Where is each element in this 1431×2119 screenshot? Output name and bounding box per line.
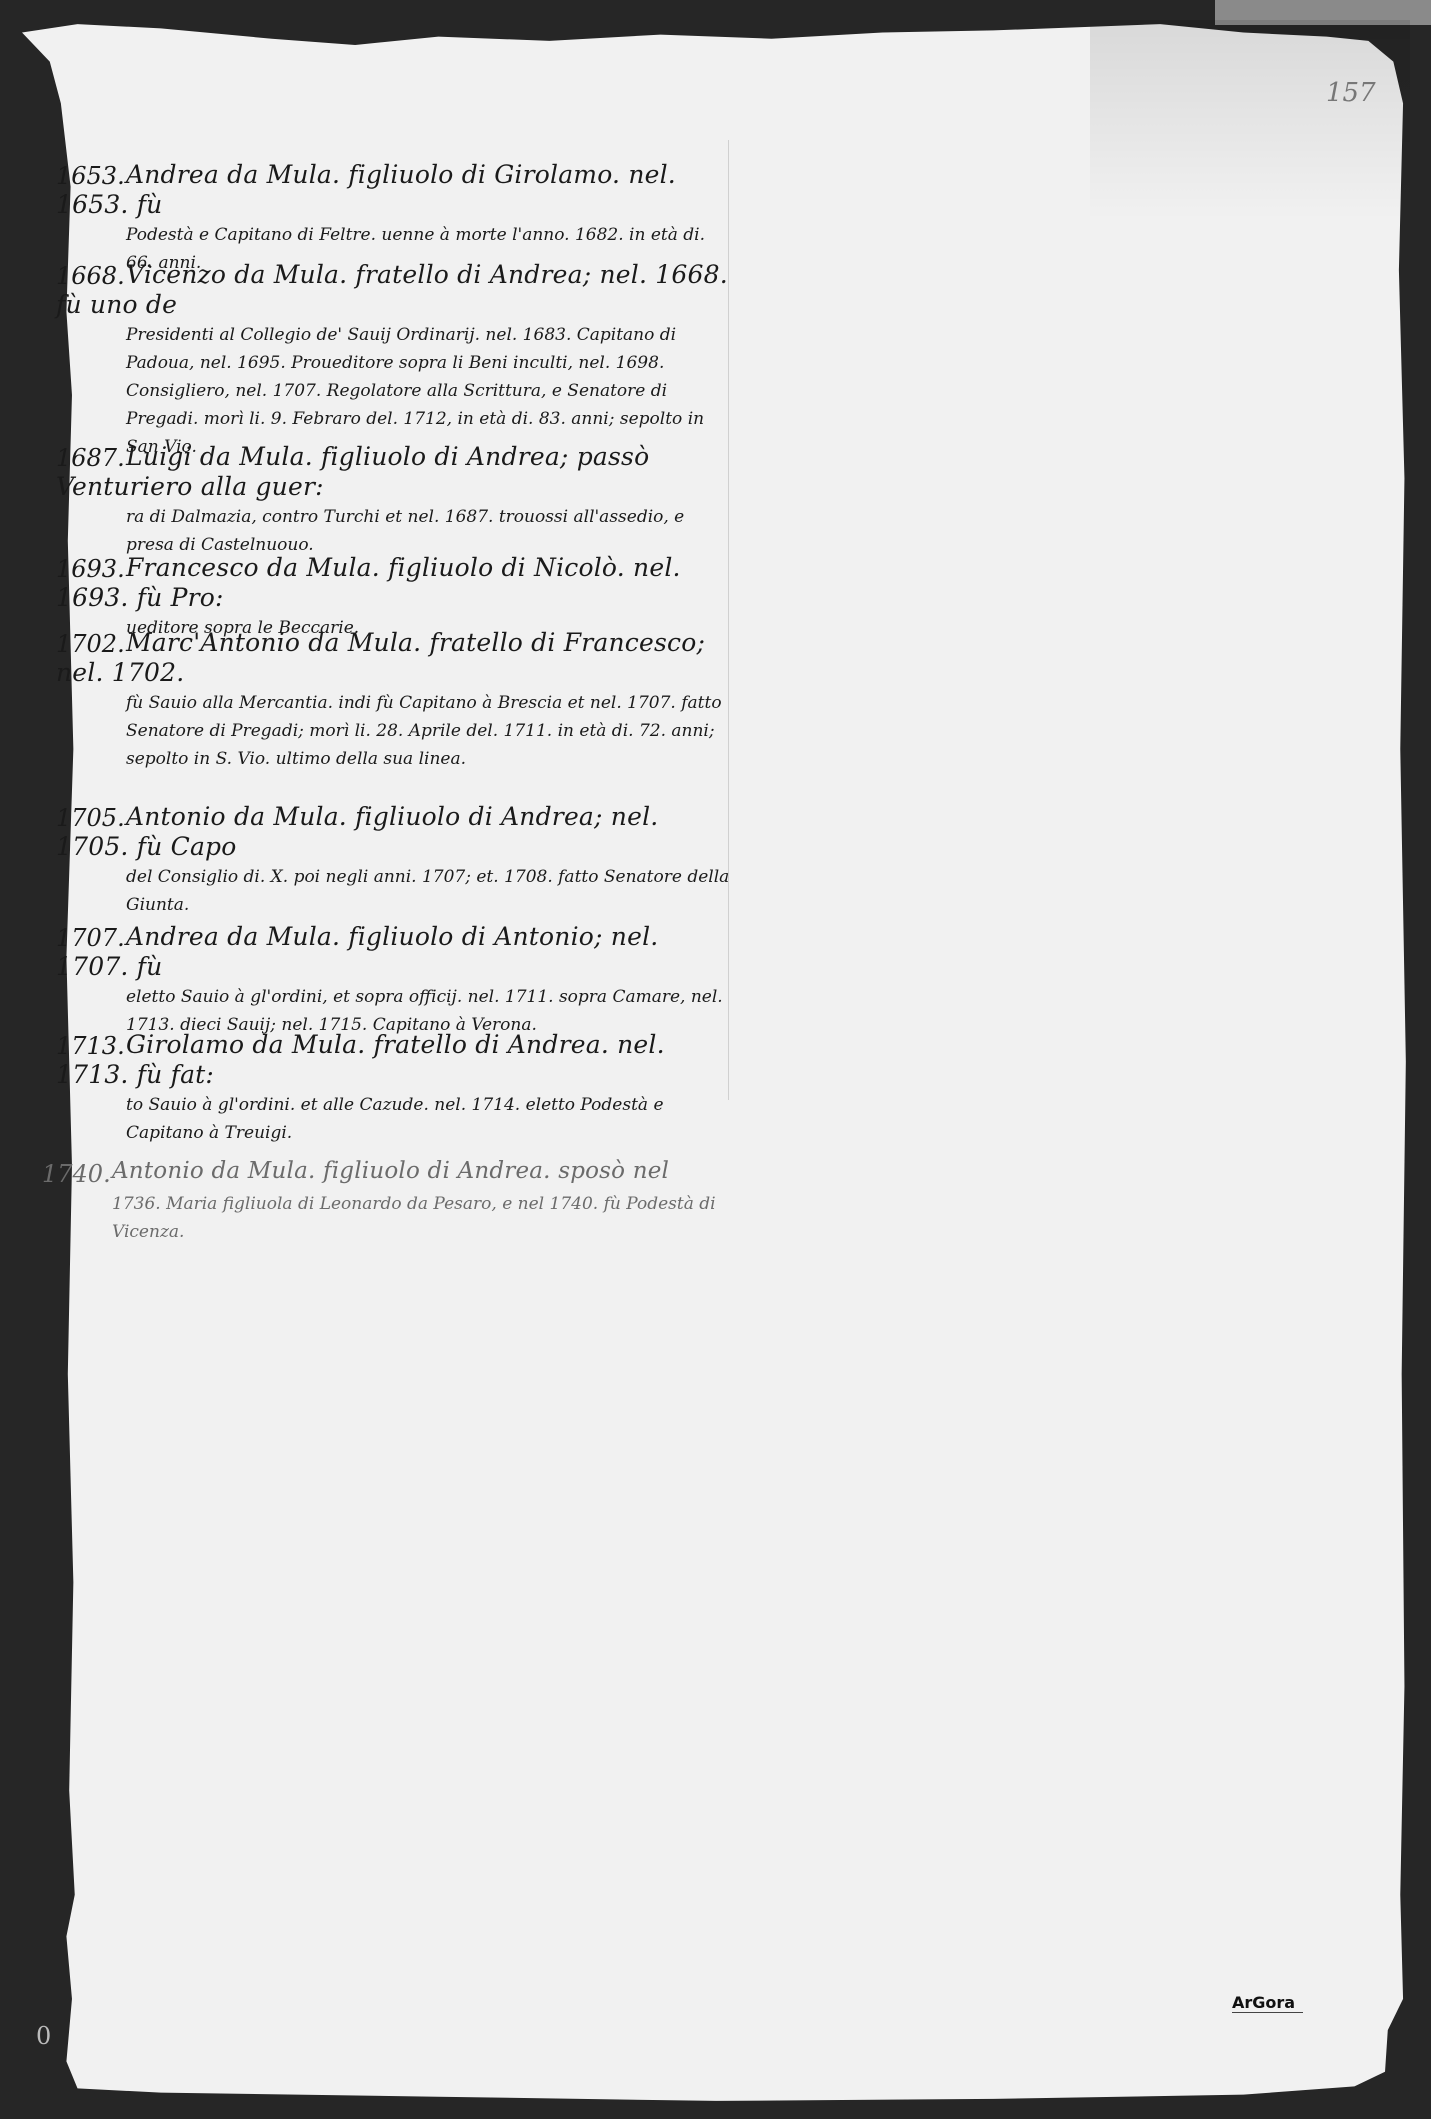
entry-heading: Marc'Antonio da Mula. fratello di France… [56, 628, 705, 687]
background-sheet-edge [1215, 0, 1431, 25]
entry-1740: 1740.Antonio da Mula. figliuolo di Andre… [42, 1158, 722, 1246]
entry-heading: Antonio da Mula. figliuolo di Andrea. sp… [112, 1158, 669, 1184]
entry-year: 1702. [56, 628, 126, 658]
scanned-manuscript: 157 1653.Andrea da Mula. figliuolo di Gi… [0, 0, 1431, 2119]
folio-number: 157 [1326, 78, 1376, 108]
entry-text: del Consiglio di. X. poi negli anni. 170… [56, 863, 736, 919]
entry-year: 1668. [56, 260, 126, 290]
entry-1713: 1713.Girolamo da Mula. fratello di Andre… [56, 1030, 736, 1147]
entry-year: 1687. [56, 442, 126, 472]
entry-text: ra di Dalmazia, contro Turchi et nel. 16… [56, 503, 736, 559]
entry-1668: 1668.Vicenzo da Mula. fratello di Andrea… [56, 260, 736, 461]
entry-heading: Antonio da Mula. figliuolo di Andrea; ne… [56, 802, 658, 861]
entry-year: 1693. [56, 553, 126, 583]
entry-heading: Luigi da Mula. figliuolo di Andrea; pass… [56, 442, 649, 501]
entry-heading: Francesco da Mula. figliuolo di Nicolò. … [56, 553, 681, 612]
entry-text: to Sauio à gl'ordini. et alle Cazude. ne… [56, 1091, 736, 1147]
archive-signature-mark: ArGora [1232, 1993, 1303, 2013]
entry-1705: 1705.Antonio da Mula. figliuolo di Andre… [56, 802, 736, 919]
entry-heading: Vicenzo da Mula. fratello di Andrea; nel… [56, 260, 728, 319]
entry-text: Presidenti al Collegio de' Sauij Ordinar… [56, 321, 736, 461]
entry-heading: Andrea da Mula. figliuolo di Antonio; ne… [56, 922, 658, 981]
entry-year: 1653. [56, 160, 126, 190]
entry-heading: Andrea da Mula. figliuolo di Girolamo. n… [56, 160, 676, 219]
entry-year: 1740. [42, 1158, 112, 1188]
entry-1702: 1702.Marc'Antonio da Mula. fratello di F… [56, 628, 736, 773]
entry-1707: 1707.Andrea da Mula. figliuolo di Antoni… [56, 922, 736, 1039]
entry-year: 1705. [56, 802, 126, 832]
entry-text: 1736. Maria figliuola di Leonardo da Pes… [42, 1190, 722, 1246]
margin-mark: 0 [36, 2022, 51, 2050]
entry-year: 1707. [56, 922, 126, 952]
entry-1687: 1687.Luigi da Mula. figliuolo di Andrea;… [56, 442, 736, 559]
entry-year: 1713. [56, 1030, 126, 1060]
entry-text: fù Sauio alla Mercantia. indi fù Capitan… [56, 689, 736, 773]
entry-heading: Girolamo da Mula. fratello di Andrea. ne… [56, 1030, 665, 1089]
